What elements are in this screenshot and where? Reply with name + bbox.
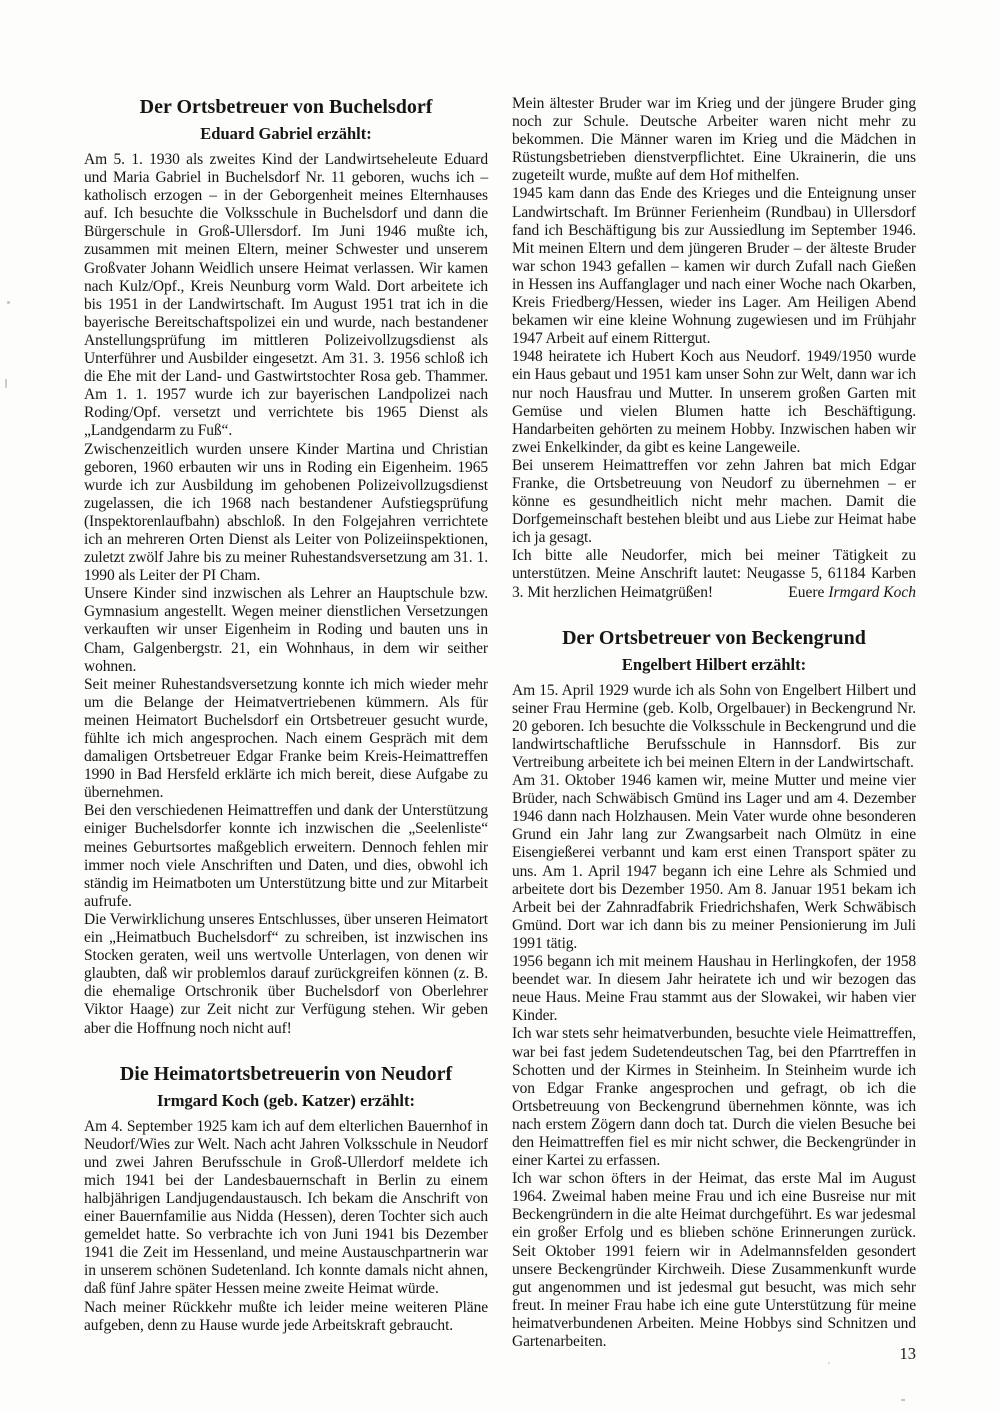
scan-artifact [901, 1399, 905, 1401]
article-title: Der Ortsbetreuer von Beckengrund [512, 626, 916, 650]
paragraph: Unsere Kinder sind inzwischen als Lehrer… [84, 585, 488, 675]
article-beckengrund: Der Ortsbetreuer von Beckengrund Engelbe… [512, 626, 916, 1351]
paragraph: Ich war stets sehr heimatverbunden, besu… [512, 1025, 916, 1170]
paragraph: Mein ältester Bruder war im Krieg und de… [512, 95, 916, 185]
document-page: Der Ortsbetreuer von Buchelsdorf Eduard … [0, 0, 1000, 1412]
paragraph: Am 15. April 1929 wurde ich als Sohn von… [512, 682, 916, 772]
paragraph: Am 4. September 1925 kam ich auf dem elt… [84, 1118, 488, 1299]
paragraph: 1945 kam dann das Ende des Krieges und d… [512, 185, 916, 348]
paragraph: 1948 heiratete ich Hubert Koch aus Neudo… [512, 348, 916, 457]
scan-artifact [828, 1362, 830, 1364]
scan-artifact [7, 301, 10, 304]
article-title: Die Heimatortsbetreuerin von Neudorf [84, 1062, 488, 1086]
article-subtitle: Eduard Gabriel erzählt: [84, 124, 488, 144]
signature-name: Irmgard Koch [828, 584, 916, 601]
left-column: Der Ortsbetreuer von Buchelsdorf Eduard … [84, 95, 488, 1335]
article-title: Der Ortsbetreuer von Buchelsdorf [84, 95, 488, 119]
paragraph: Ich war schon öfters in der Heimat, das … [512, 1170, 916, 1351]
paragraph: Die Verwirklichung unseres Entschlusses,… [84, 911, 488, 1038]
paragraph: Am 5. 1. 1930 als zweites Kind der Landw… [84, 151, 488, 441]
article-subtitle: Irmgard Koch (geb. Katzer) erzählt: [84, 1091, 488, 1111]
article-neudorf: Die Heimatortsbetreuerin von Neudorf Irm… [84, 1062, 488, 1335]
paragraph: Nach meiner Rückkehr mußte ich leider me… [84, 1299, 488, 1335]
paragraph: Bei unserem Heimattreffen vor zehn Jahre… [512, 457, 916, 547]
page-number: 13 [512, 1344, 916, 1364]
paragraph: Bei den verschiedenen Heimattreffen und … [84, 802, 488, 911]
article-buchelsdorf: Der Ortsbetreuer von Buchelsdorf Eduard … [84, 95, 488, 1038]
article-subtitle: Engelbert Hilbert erzählt: [512, 655, 916, 675]
article-neudorf-continuation: Mein ältester Bruder war im Krieg und de… [512, 95, 916, 602]
right-column: Mein ältester Bruder war im Krieg und de… [512, 95, 916, 1351]
signature-prefix: Euere [788, 584, 828, 601]
scan-artifact [5, 379, 7, 388]
paragraph: 1956 begann ich mit meinem Haushau in He… [512, 953, 916, 1025]
paragraph: Seit meiner Ruhestandsversetzung konnte … [84, 676, 488, 803]
paragraph: Zwischenzeitlich wurden unsere Kinder Ma… [84, 441, 488, 586]
paragraph: Am 31. Oktober 1946 kamen wir, meine Mut… [512, 772, 916, 953]
